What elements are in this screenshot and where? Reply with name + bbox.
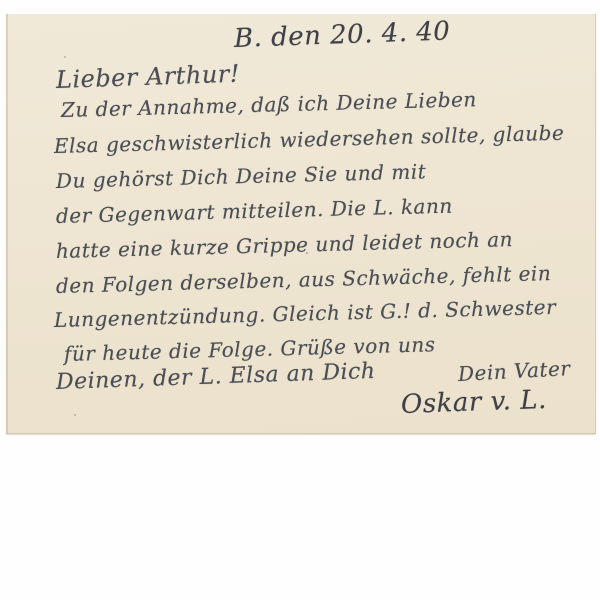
date-line: B. den 20. 4. 40 [233,16,450,54]
salutation: Lieber Arthur! [56,60,241,94]
postcard: B. den 20. 4. 40 Lieber Arthur! Zu der A… [6,14,596,434]
letter-body-line: Du gehörst Dich Deine Sie und mit [56,159,427,193]
paper-speck [64,56,66,58]
letter-body-line: für heute die Folge. Grüße von uns [64,332,436,366]
signature: Oskar v. L. [400,385,547,420]
letter-body-line: hatte eine kurze Grippe und leidet noch … [56,227,514,263]
letter-body-line: Zu der Annahme, daß ich Deine Lieben [61,87,477,122]
letter-body-line: der Gegenwart mitteilen. Die L. kann [56,194,453,228]
letter-body-line: Elsa geschwisterlich wiedersehen sollte,… [54,121,565,158]
scan-background: B. den 20. 4. 40 Lieber Arthur! Zu der A… [0,0,600,600]
letter-body-line: den Folgen derselben, aus Schwäche, fehl… [56,261,552,298]
letter-body-line: Lungenentzündung. Gleich ist G.! d. Schw… [54,295,557,332]
closing-line: Dein Vater [457,356,571,386]
paper-speck [306,252,308,254]
paper-speck [74,414,76,416]
